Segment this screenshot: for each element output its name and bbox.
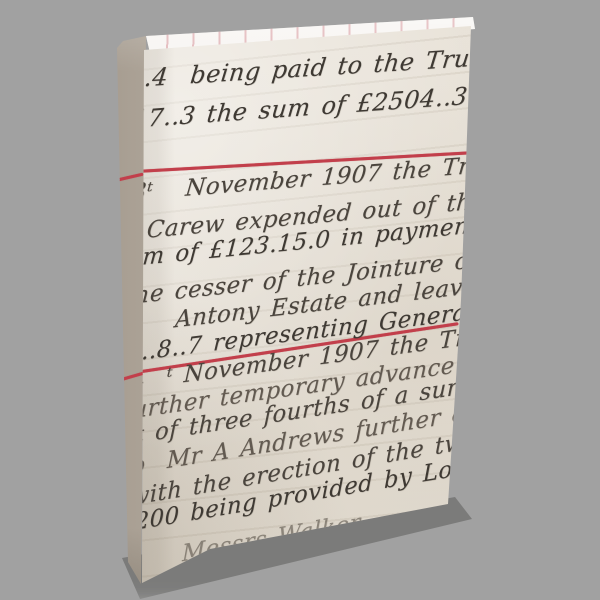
book-front-cover: .6..4 being paid to the Trustee 9.17..3 …: [0, 0, 600, 600]
scene-background: .6..4 being paid to the Trustee 9.17..3 …: [0, 0, 600, 600]
red-ruled-line-2-spine-tail: [118, 372, 145, 382]
handwriting-line-3: 13ᵗ November 1907 the Trustee: [115, 148, 536, 207]
red-ruled-line-1-spine-tail: [111, 173, 144, 183]
